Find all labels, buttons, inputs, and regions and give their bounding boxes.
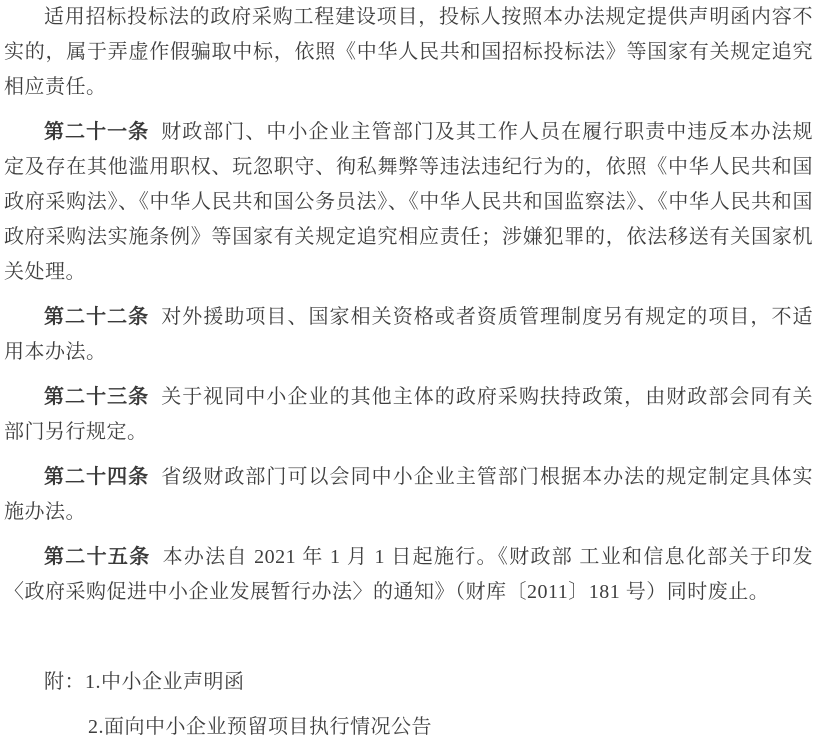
attachments-lead: 附： <box>44 671 85 693</box>
paragraph-article-21: 第二十一条财政部门、中小企业主管部门及其工作人员在履行职责中违反本办法规定及存在… <box>4 115 813 290</box>
attachment-line-2: 2.面向中小企业预留项目执行情况公告 <box>4 710 813 745</box>
paragraph-article-22: 第二十二条对外援助项目、国家相关资格或者资质管理制度另有规定的项目，不适用本办法… <box>4 300 813 370</box>
paragraph-article-24: 第二十四条省级财政部门可以会同中小企业主管部门根据本办法的规定制定具体实施办法。 <box>4 460 813 530</box>
attachment-item-1: 1.中小企业声明函 <box>85 671 245 693</box>
article-number: 第二十二条 <box>44 306 149 328</box>
document-page: 适用招标投标法的政府采购工程建设项目，投标人按照本办法规定提供声明函内容不实的，… <box>0 0 817 745</box>
paragraph-intro: 适用招标投标法的政府采购工程建设项目，投标人按照本办法规定提供声明函内容不实的，… <box>4 0 813 105</box>
attachment-line-1: 附：1.中小企业声明函 <box>4 665 813 700</box>
paragraph-article-25: 第二十五条本办法自 2021 年 1 月 1 日起施行。《财政部 工业和信息化部… <box>4 540 813 610</box>
article-number: 第二十四条 <box>44 466 149 488</box>
paragraph-article-23: 第二十三条关于视同中小企业的其他主体的政府采购扶持政策，由财政部会同有关部门另行… <box>4 380 813 450</box>
article-number: 第二十三条 <box>44 386 149 408</box>
paragraph-text: 适用招标投标法的政府采购工程建设项目，投标人按照本办法规定提供声明函内容不实的，… <box>4 6 813 98</box>
paragraph-text: 财政部门、中小企业主管部门及其工作人员在履行职责中违反本办法规定及存在其他滥用职… <box>4 121 813 283</box>
article-number: 第二十一条 <box>44 121 149 143</box>
attachments-section: 附：1.中小企业声明函 2.面向中小企业预留项目执行情况公告 <box>4 665 813 745</box>
article-number: 第二十五条 <box>44 546 151 568</box>
